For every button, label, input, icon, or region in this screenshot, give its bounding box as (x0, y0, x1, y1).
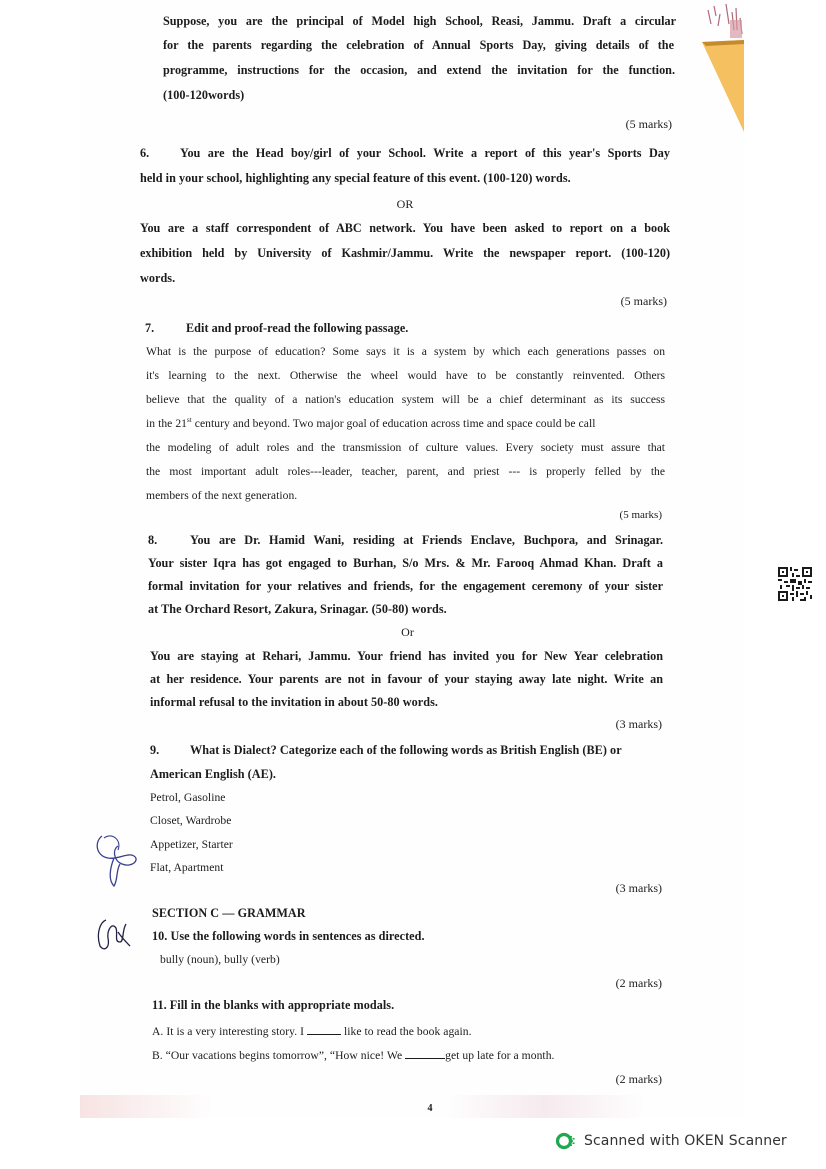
section-c-heading: SECTION C — GRAMMAR (152, 906, 306, 921)
qr-code-icon (776, 565, 814, 603)
q8-line-4: at The Orchard Resort, Zakura, Srinagar.… (148, 602, 447, 617)
q5-marks: (5 marks) (560, 117, 672, 132)
q7-passage-line-7: members of the next generation. (146, 488, 297, 503)
q5-line-3: programme, instructions for the occasion… (163, 63, 675, 78)
q7-instruction: Edit and proof-read the following passag… (186, 321, 408, 336)
q8-alt-line-2: at her residence. Your parents are not i… (150, 672, 663, 687)
q8-or-label: Or (385, 625, 430, 640)
q9-word-pair-2: Closet, Wardrobe (150, 813, 231, 828)
handwritten-signature-icon (92, 828, 144, 890)
scanner-watermark-text: Scanned with OKEN Scanner (584, 1133, 787, 1149)
q9-word-pair-3: Appetizer, Starter (150, 837, 233, 852)
q7-marks: (5 marks) (550, 508, 662, 523)
q5-line-2: for the parents regarding the celebratio… (163, 38, 674, 53)
q7-passage-line-4: in the 21st century and beyond. Two majo… (146, 416, 665, 431)
q11-marks: (2 marks) (550, 1072, 662, 1087)
q8-line-2: Your sister Iqra has got engaged to Burh… (148, 556, 663, 571)
q11-a-after: like to read the book again. (341, 1025, 472, 1038)
q10-marks: (2 marks) (550, 976, 662, 991)
q5-word-limit: (100-120words) (163, 88, 244, 103)
corner-fold-decoration (700, 0, 744, 132)
q6-marks: (5 marks) (555, 294, 667, 309)
q8-alt-line-3: informal refusal to the invitation in ab… (150, 695, 438, 710)
q7-passage-line-3: believe that the quality of a nation's e… (146, 392, 665, 407)
scanner-watermark: Scanned with OKEN Scanner (556, 1130, 787, 1152)
q7-passage-line-1: What is the purpose of education? Some s… (146, 344, 665, 359)
scan-edge-tint (80, 1095, 744, 1118)
q7-line4-start: in the 21 (146, 417, 187, 430)
q9-line-2: American English (AE). (150, 767, 276, 782)
handwritten-initials-icon (92, 912, 134, 956)
q7-number: 7. (145, 321, 154, 336)
q8-alt-line-1: You are staying at Rehari, Jammu. Your f… (150, 649, 663, 664)
q6-alt-line-2: exhibition held by University of Kashmir… (140, 246, 670, 261)
q7-passage-line-6: the most important adult roles---leader,… (146, 464, 665, 479)
q6-alt-line-3: words. (140, 271, 175, 286)
q11-item-b: B. “Our vacations begins tomorrow”, “How… (152, 1047, 555, 1063)
page-number: 4 (420, 1101, 440, 1116)
q11-b-before: B. “Our vacations begins tomorrow”, “How… (152, 1049, 405, 1062)
q6-or-label: OR (380, 197, 430, 212)
q7-passage-line-5: the modeling of adult roles and the tran… (146, 440, 665, 455)
q11-b-after: get up late for a month. (445, 1049, 554, 1062)
q10-words: bully (noun), bully (verb) (160, 952, 280, 967)
q11-text: 11. Fill in the blanks with appropriate … (152, 998, 394, 1013)
q6-line-2: held in your school, highlighting any sp… (140, 171, 571, 186)
q6-line-1: You are the Head boy/girl of your School… (180, 146, 670, 161)
q8-line-3: formal invitation for your relatives and… (148, 579, 663, 594)
q9-number: 9. (150, 743, 159, 758)
q11-b-blank (405, 1047, 445, 1059)
q9-line-1: What is Dialect? Categorize each of the … (190, 743, 622, 758)
q7-line4-rest: century and beyond. Two major goal of ed… (192, 417, 596, 430)
q8-number: 8. (148, 533, 157, 548)
q7-passage-line-2: it's learning to the next. Otherwise the… (146, 368, 665, 383)
q6-number: 6. (140, 146, 149, 161)
q8-line-1: You are Dr. Hamid Wani, residing at Frie… (190, 533, 663, 548)
q11-item-a: A. It is a very interesting story. I lik… (152, 1023, 472, 1039)
q11-a-before: A. It is a very interesting story. I (152, 1025, 307, 1038)
q9-marks: (3 marks) (550, 881, 662, 896)
q5-line-1: Suppose, you are the principal of Model … (163, 14, 676, 29)
q6-alt-line-1: You are a staff correspondent of ABC net… (140, 221, 670, 236)
q8-marks: (3 marks) (550, 717, 662, 732)
q9-word-pair-4: Flat, Apartment (150, 860, 224, 875)
scanned-page: Suppose, you are the principal of Model … (0, 0, 826, 1169)
q11-a-blank (307, 1023, 341, 1035)
q9-word-pair-1: Petrol, Gasoline (150, 790, 226, 805)
q10-text: 10. Use the following words in sentences… (152, 929, 425, 944)
oken-scanner-logo-icon (556, 1131, 576, 1151)
